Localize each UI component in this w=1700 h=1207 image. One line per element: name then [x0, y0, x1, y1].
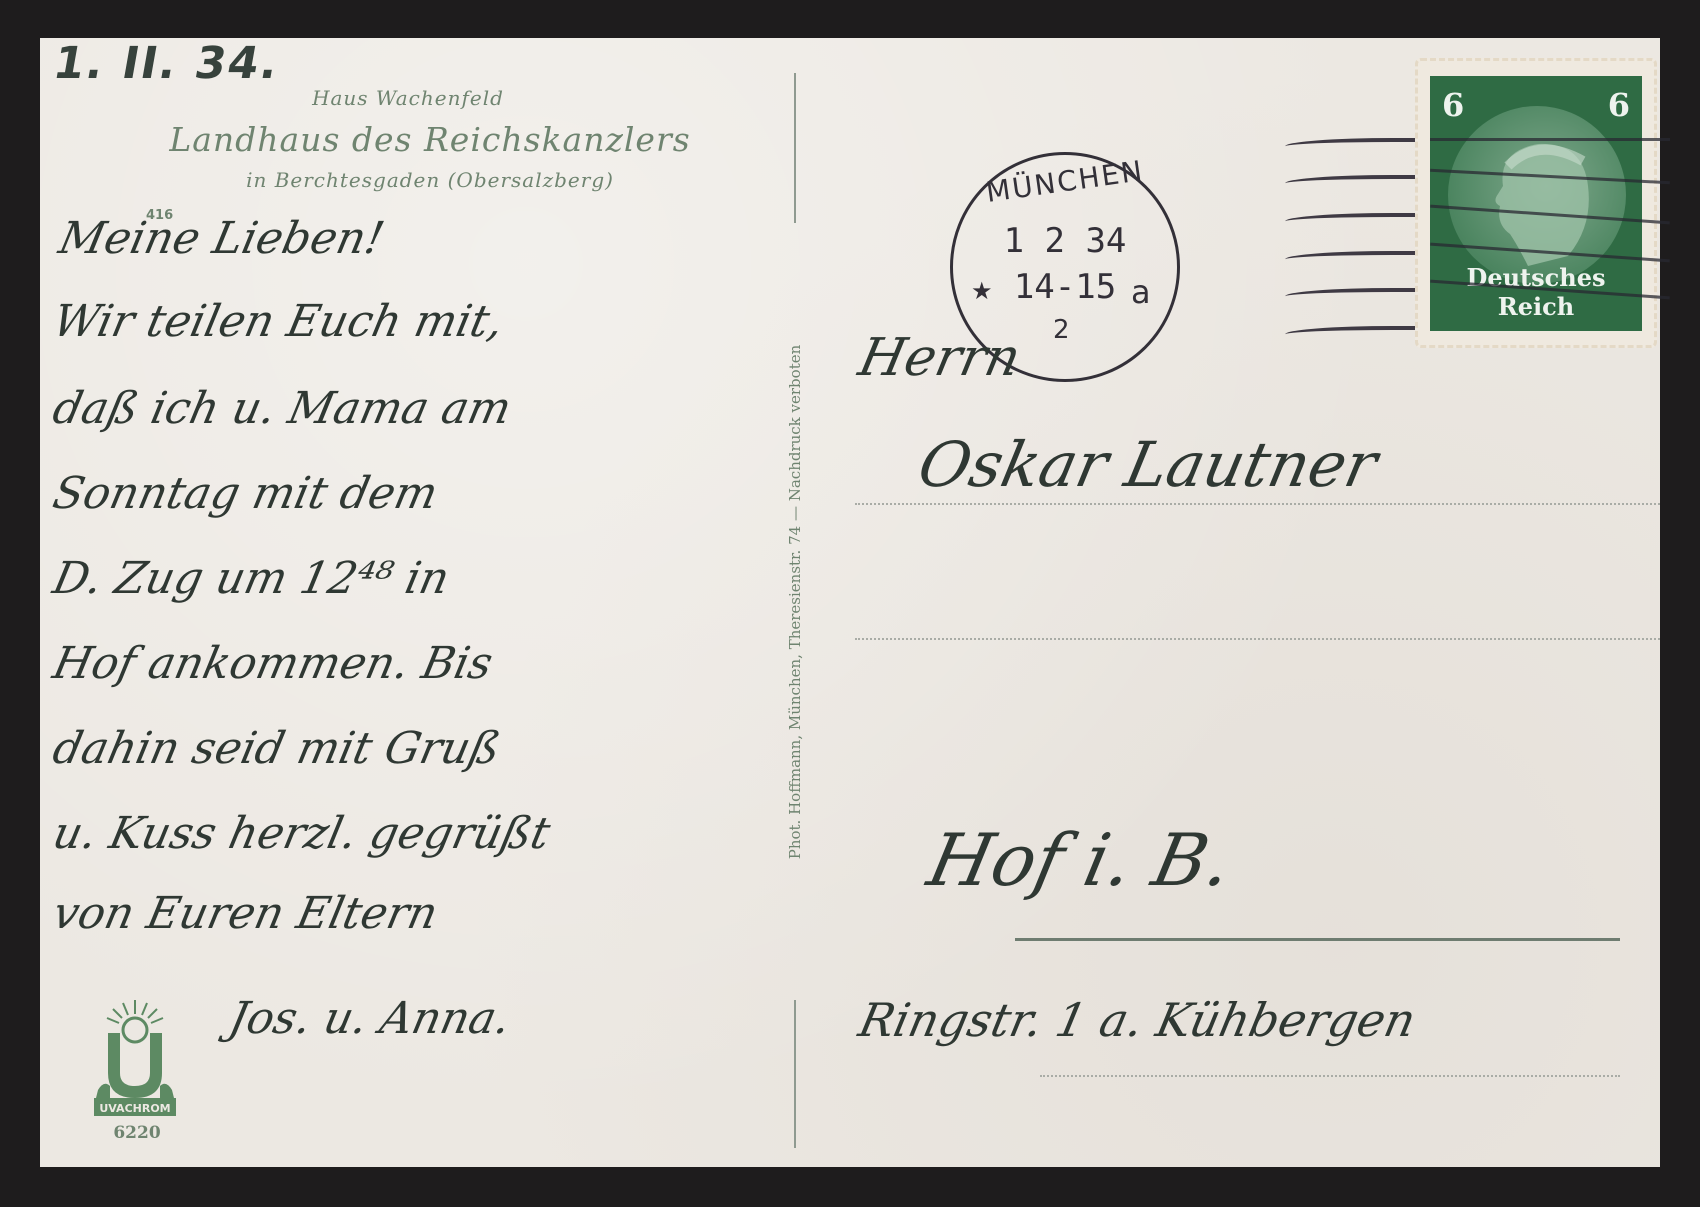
divider-line-top [794, 73, 796, 223]
address-dotted-line [1040, 1075, 1620, 1077]
signature: Jos. u. Anna. [225, 993, 516, 1044]
header-house-name: Haus Wachenfeld [278, 86, 538, 110]
header-location: in Berchtesgaden (Obersalzberg) [170, 168, 690, 192]
message-line: D. Zug um 12⁴⁸ in [49, 553, 454, 604]
message-line: Meine Lieben! [55, 213, 389, 264]
divider-line-bottom [794, 1000, 796, 1148]
header-title: Landhaus des Reichskanzlers [150, 120, 710, 159]
message-line: Hof ankommen. Bis [49, 638, 497, 689]
logo-number: 6220 [102, 1123, 172, 1143]
postmark-star-icon: ★ [971, 277, 993, 305]
publisher-imprint: Phot. Hoffmann, München, Theresienstr. 7… [780, 218, 810, 998]
postmark-date: 1 2 34 [953, 221, 1177, 261]
message-line: u. Kuss herzl. gegrüßt [49, 808, 555, 859]
publisher-text: Phot. Hoffmann, München, Theresienstr. 7… [786, 212, 804, 992]
address-street: Ringstr. 1 a. Kühbergen [854, 993, 1420, 1047]
address-salutation: Herrn [854, 328, 1026, 388]
message-line: dahin seid mit Gruß [49, 723, 505, 774]
address-name: Oskar Lautner [912, 428, 1383, 501]
address-city-underline [1015, 938, 1620, 941]
postmark-suffix: a [1131, 273, 1151, 311]
message-line: Wir teilen Euch mit, [49, 296, 509, 347]
address-city: Hof i. B. [921, 818, 1239, 902]
address-dotted-line [855, 503, 1660, 505]
logo-brand: UVACHROM [99, 1102, 170, 1115]
postmark-city: MÜNCHEN [952, 150, 1178, 214]
message-line: von Euren Eltern [49, 888, 443, 939]
address-dotted-line [855, 638, 1660, 640]
uvachrom-logo-icon: UVACHROM [90, 998, 180, 1118]
handwritten-date: 1. II. 34. [50, 38, 284, 89]
postmark-office: 2 [1053, 315, 1070, 345]
postcard: 1. II. 34. Haus Wachenfeld Landhaus des … [40, 38, 1660, 1167]
cancel-line-over-stamp [1430, 138, 1670, 141]
message-line: daß ich u. Mama am [49, 383, 516, 434]
message-line: Sonntag mit dem [49, 468, 443, 519]
